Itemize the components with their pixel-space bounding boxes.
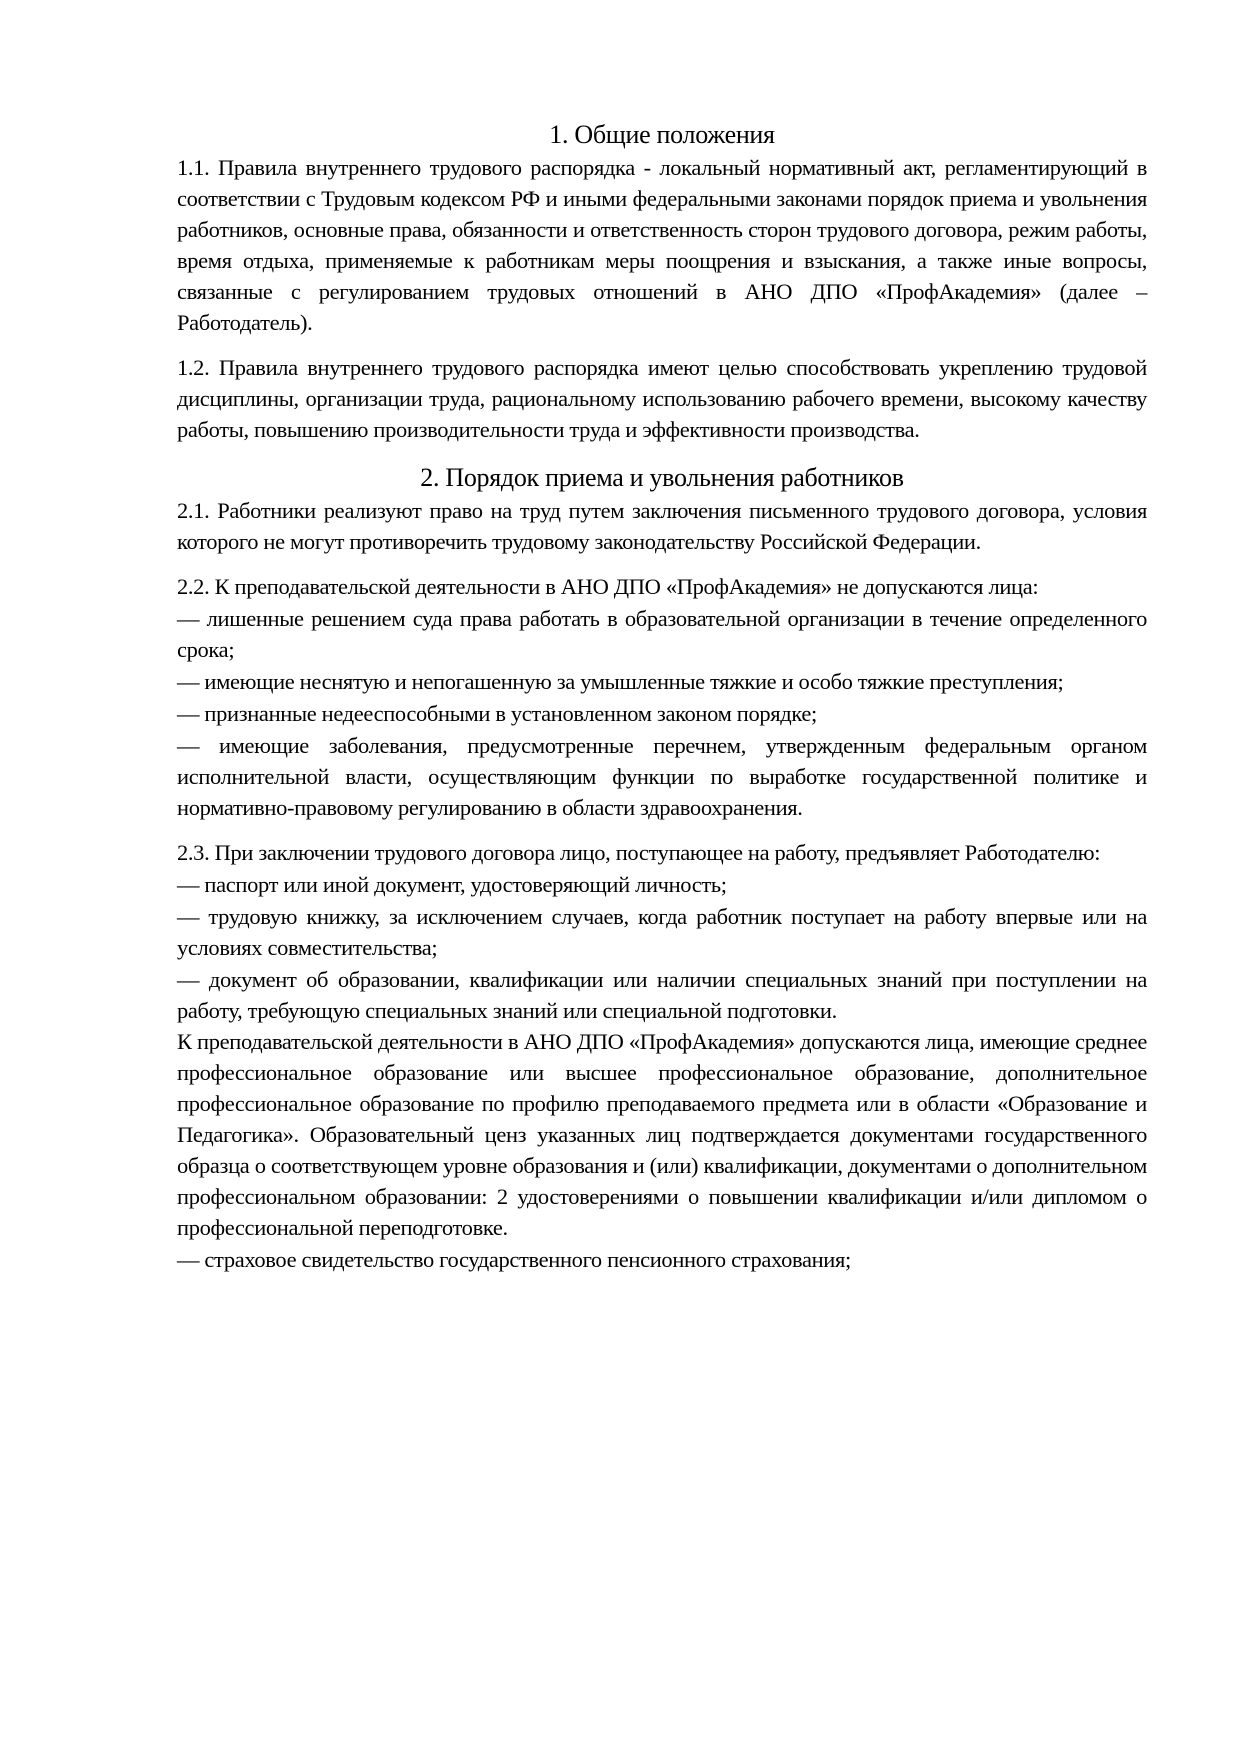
section-1-title: 1. Общие положения — [177, 118, 1147, 152]
list-item: — трудовую книжку, за исключением случае… — [177, 901, 1147, 963]
paragraph-2-3: 2.3. При заключении трудового договора л… — [177, 837, 1147, 868]
section-2-title: 2. Порядок приема и увольнения работнико… — [177, 461, 1147, 495]
list-item: — страховое свидетельство государственно… — [177, 1244, 1147, 1275]
paragraph-2-1: 2.1. Работники реализуют право на труд п… — [177, 495, 1147, 557]
paragraph-1-1: 1.1. Правила внутреннего трудового распо… — [177, 152, 1147, 338]
paragraph-2-2: 2.2. К преподавательской деятельности в … — [177, 571, 1147, 602]
list-item: — имеющие заболевания, предусмотренные п… — [177, 730, 1147, 823]
list-item: — лишенные решением суда права работать … — [177, 603, 1147, 665]
paragraph-admission: К преподавательской деятельности в АНО Д… — [177, 1026, 1147, 1243]
list-item: — паспорт или иной документ, удостоверяю… — [177, 869, 1147, 900]
list-item: — имеющие неснятую и непогашенную за умы… — [177, 666, 1147, 697]
paragraph-1-2: 1.2. Правила внутреннего трудового распо… — [177, 352, 1147, 445]
list-item: — признанные недееспособными в установле… — [177, 698, 1147, 729]
list-item: — документ об образовании, квалификации … — [177, 964, 1147, 1026]
document-page: 1. Общие положения 1.1. Правила внутренн… — [177, 118, 1147, 1275]
